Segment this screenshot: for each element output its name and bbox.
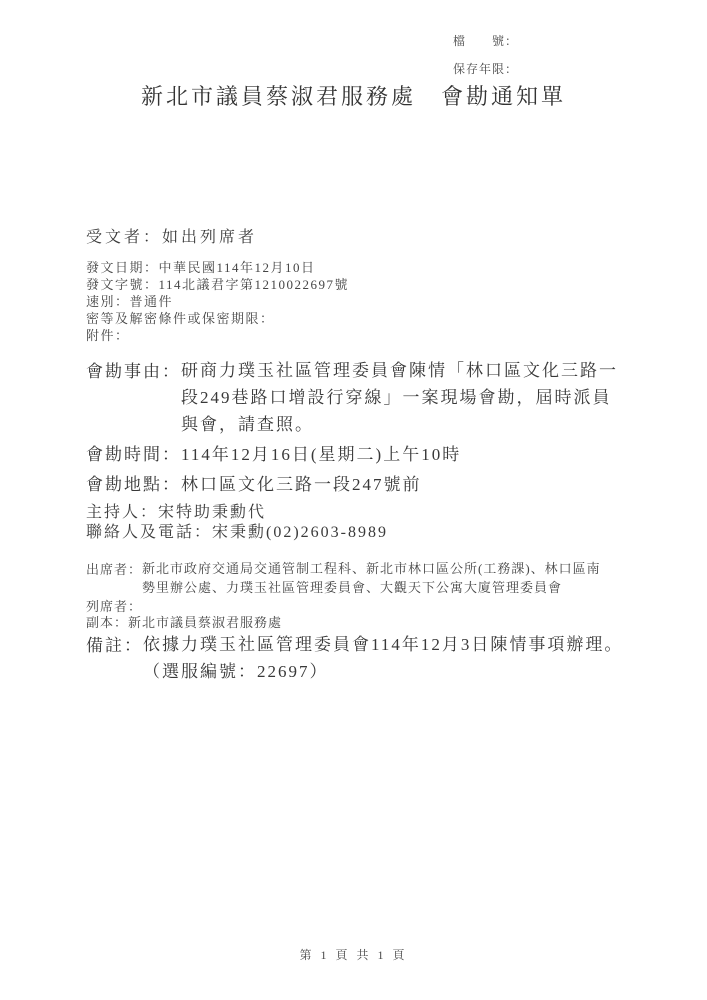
file-header: 檔 號： 保存年限： (453, 33, 518, 77)
contact-row: 聯絡人及電話： 宋秉勳(02)2603-8989 (86, 519, 388, 542)
contact-label: 聯絡人及電話： (86, 519, 212, 542)
page-number-footer: 第 1 頁 共 1 頁 (0, 946, 707, 963)
inspection-subject-row: 會勘事由： 研商力璞玉社區管理委員會陳情「林口區文化三路一 段249巷路口增設行… (86, 357, 631, 438)
copy-to-row: 副本： 新北市議員蔡淑君服務處 (86, 612, 282, 631)
attendees-line: 新北市政府交通局交通管制工程科、新北市林口區公所(工務課)、林口區南 (142, 559, 646, 578)
inspection-subject-content: 研商力璞玉社區管理委員會陳情「林口區文化三路一 段249巷路口增設行穿線」一案現… (181, 357, 631, 438)
attachment-line: 附件： (86, 327, 349, 344)
document-page: 檔 號： 保存年限： 新北市議員蔡淑君服務處 會勘通知單 受文者：如出列席者 發… (0, 0, 707, 1000)
document-title: 新北市議員蔡淑君服務處 會勘通知單 (0, 80, 707, 111)
classification-line: 密等及解密條件或保密期限： (86, 310, 349, 327)
attendees-line: 勢里辦公處、力璞玉社區管理委員會、大觀天下公寓大廈管理委員會 (142, 578, 646, 597)
file-number-label: 檔 號： (453, 33, 518, 49)
priority-line: 速別：普通件 (86, 293, 349, 310)
inspection-time-label: 會勘時間： (86, 440, 181, 465)
copy-to-value: 新北市議員蔡淑君服務處 (128, 612, 282, 631)
inspection-subject-label: 會勘事由： (86, 357, 181, 382)
subject-line: 與會，請查照。 (181, 411, 631, 438)
recipient-line: 受文者：如出列席者 (86, 224, 257, 247)
subject-line: 段249巷路口增設行穿線」一案現場會勘，屆時派員 (181, 384, 631, 411)
copy-to-label: 副本： (86, 612, 128, 631)
inspection-time-row: 會勘時間： 114年12月16日(星期二)上午10時 (86, 440, 461, 465)
inspection-location-label: 會勘地點： (86, 470, 181, 495)
subject-line: 研商力璞玉社區管理委員會陳情「林口區文化三路一 (181, 357, 631, 384)
remarks-line: 依據力璞玉社區管理委員會114年12月3日陳情事項辦理。 (143, 631, 646, 658)
meta-block: 發文日期：中華民國114年12月10日 發文字號：114北議君字第1210022… (86, 259, 349, 344)
inspection-location-value: 林口區文化三路一段247號前 (181, 470, 422, 495)
inspection-time-value: 114年12月16日(星期二)上午10時 (181, 440, 461, 465)
attendees-label: 出席者： (86, 559, 142, 578)
issue-date-line: 發文日期：中華民國114年12月10日 (86, 259, 349, 276)
inspection-location-row: 會勘地點： 林口區文化三路一段247號前 (86, 470, 422, 495)
remarks-label: 備註： (86, 631, 143, 656)
attendees-content: 新北市政府交通局交通管制工程科、新北市林口區公所(工務課)、林口區南 勢里辦公處… (142, 559, 646, 597)
remarks-row: 備註： 依據力璞玉社區管理委員會114年12月3日陳情事項辦理。 （選服編號：2… (86, 631, 646, 685)
remarks-content: 依據力璞玉社區管理委員會114年12月3日陳情事項辦理。 （選服編號：22697… (143, 631, 646, 685)
retention-period-label: 保存年限： (453, 61, 518, 77)
attendees-row: 出席者： 新北市政府交通局交通管制工程科、新北市林口區公所(工務課)、林口區南 … (86, 559, 646, 597)
contact-value: 宋秉勳(02)2603-8989 (212, 519, 388, 542)
remarks-line: （選服編號：22697） (143, 658, 646, 685)
document-number-line: 發文字號：114北議君字第1210022697號 (86, 276, 349, 293)
